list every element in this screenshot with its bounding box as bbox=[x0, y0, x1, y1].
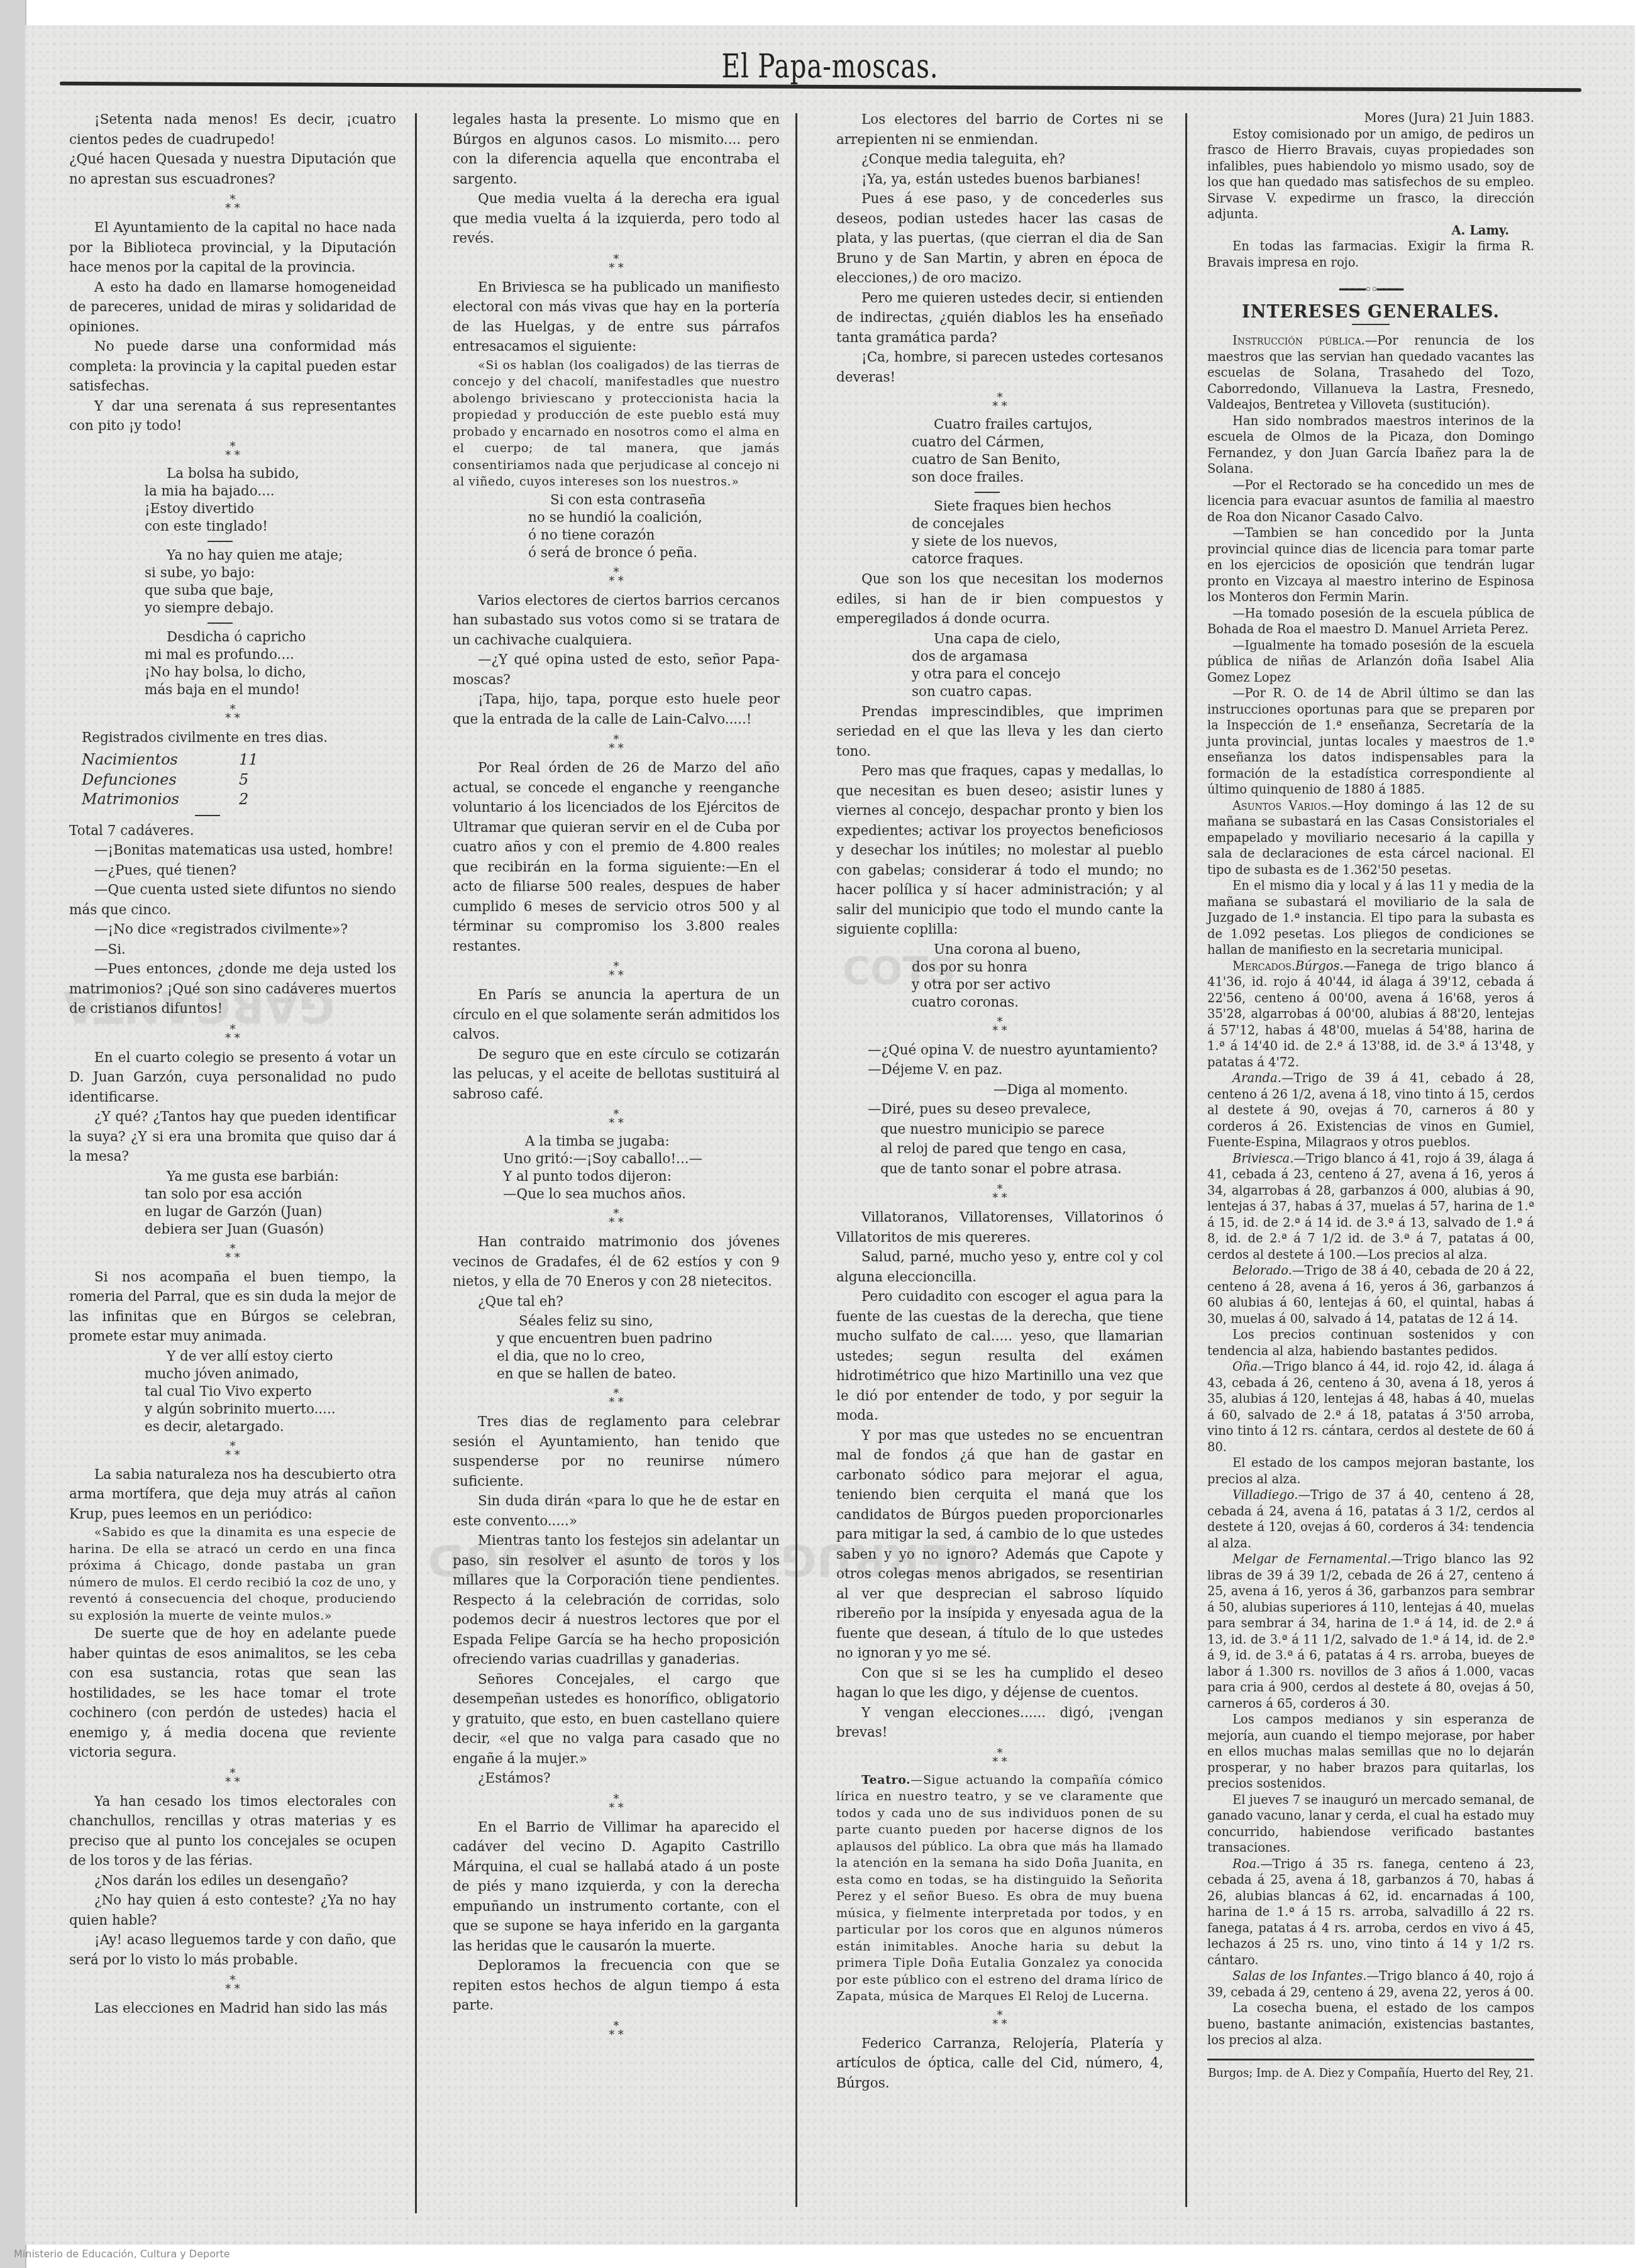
column-2: legales hasta la presente. Lo mismo que … bbox=[453, 110, 780, 2045]
dialog-line: —¡Bonitas matematicas usa usted, hombre! bbox=[69, 841, 396, 861]
asterism-separator: ** * bbox=[453, 1390, 780, 1407]
verse: Y de ver allí estoy ciertomucho jóven an… bbox=[145, 1348, 396, 1436]
paragraph: Ya han cesado los timos electorales con … bbox=[69, 1792, 396, 1871]
verse: Desdicha ó caprichomi mal es profundo...… bbox=[145, 629, 396, 699]
verse: Una capa de cielo,dos de argamasay otra … bbox=[912, 631, 1163, 701]
paragraph: ¡Ya, ya, están ustedes buenos barbianes! bbox=[836, 170, 1163, 190]
advertisement-footer: En todas las farmacias. Exigir la firma … bbox=[1207, 238, 1534, 270]
paragraph: Que media vuelta á la derecha era igual … bbox=[453, 189, 780, 249]
registry-table: Nacimientos11 Defunciones5 Matrimonios2 bbox=[82, 750, 396, 810]
dialog-line: —¡No dice «registrados civilmente»? bbox=[69, 920, 396, 940]
paragraph: ¿Que tal eh? bbox=[453, 1292, 780, 1312]
paragraph: Las elecciones en Madrid han sido las má… bbox=[69, 1999, 396, 2019]
paragraph: ¿Conque media taleguita, eh? bbox=[836, 150, 1163, 170]
archive-watermark: Ministerio de Educación, Cultura y Depor… bbox=[14, 2248, 230, 2260]
paragraph: Tres dias de reglamento para celebrar se… bbox=[453, 1412, 780, 1491]
paragraph: Sin duda dirán «para lo que he de estar … bbox=[453, 1491, 780, 1531]
verse-dash bbox=[975, 492, 1000, 493]
column-1: ¡Setenta nada menos! Es decir, ¡cuatro c… bbox=[69, 110, 396, 2019]
paragraph: Salud, parné, mucho yeso y, entre col y … bbox=[836, 1247, 1163, 1287]
dialog-line: —¿Pues, qué tienen? bbox=[69, 861, 396, 881]
verse: A la timba se jugaba:Uno gritó:—¡Soy cab… bbox=[503, 1133, 780, 1203]
asterism-separator: ** * bbox=[453, 736, 780, 753]
quoted-paragraph: «Sabido es que la dinamita es una especi… bbox=[69, 1524, 396, 1624]
advertisement-body: Estoy comisionado por un amigo, de pedir… bbox=[1207, 126, 1534, 223]
paragraph: En el Barrio de Villimar ha aparecido el… bbox=[453, 1818, 780, 1957]
paragraph: Mientras tanto los festejos sin adelanta… bbox=[453, 1531, 780, 1670]
market-item: Oña.—Trigo blanco á 44, id. rojo 42, id.… bbox=[1207, 1359, 1534, 1455]
paragraph: Pues á ese paso, y de concederles sus de… bbox=[836, 189, 1163, 289]
asterism-separator: ** * bbox=[453, 1210, 780, 1227]
section-heading: INTERESES GENERALES. bbox=[1207, 304, 1534, 321]
market-item: El jueves 7 se inauguró un mercado seman… bbox=[1207, 1792, 1534, 1856]
verse: Siete fraques bien hechosde concejalesy … bbox=[912, 498, 1163, 568]
news-item: —Igualmente ha tomado posesión de la esc… bbox=[1207, 638, 1534, 686]
market-item: Los campos medianos y sin esperanza de m… bbox=[1207, 1712, 1534, 1792]
quoted-paragraph: «Si os hablan (los coaligados) de las ti… bbox=[453, 357, 780, 490]
registry-title: Registrados civilmente en tres dias. bbox=[69, 728, 396, 748]
paragraph: Los electores del barrio de Cortes ni se… bbox=[836, 110, 1163, 150]
ornamental-rule: ━━━━◦◦━━━━ bbox=[1207, 282, 1534, 298]
asterism-separator: ** * bbox=[836, 1018, 1163, 1036]
dateline: Mores (Jura) 21 Juin 1883. bbox=[1207, 110, 1534, 126]
verse: Ya me gusta ese barbián:tan solo por esa… bbox=[145, 1168, 396, 1239]
news-item: Asuntos Varios.—Hoy domingo á las 12 de … bbox=[1207, 798, 1534, 878]
column-divider bbox=[795, 113, 797, 2207]
paragraph: Prendas imprescindibles, que imprimen se… bbox=[836, 702, 1163, 762]
verse: Una corona al bueno,dos por su honray ot… bbox=[912, 941, 1163, 1012]
news-item: En el mismo dia y local y á las 11 y med… bbox=[1207, 878, 1534, 958]
paragraph: Pero mas que fraques, capas y medallas, … bbox=[836, 761, 1163, 940]
paragraph: Han contraido matrimonio dos jóvenes vec… bbox=[453, 1232, 780, 1292]
paragraph: Deploramos la frecuencia con que se repi… bbox=[453, 1956, 780, 2016]
paragraph: ¿Nos darán los ediles un desengaño? bbox=[69, 1871, 396, 1891]
paragraph: ¡Tapa, hijo, tapa, porque esto huele peo… bbox=[453, 690, 780, 729]
asterism-separator: ** * bbox=[69, 1245, 396, 1263]
news-item: —Por R. O. de 14 de Abril último se dan … bbox=[1207, 685, 1534, 798]
news-item: —Tambien se han concedido por la Junta p… bbox=[1207, 525, 1534, 606]
market-item: La cosecha buena, el estado de los campo… bbox=[1207, 2000, 1534, 2049]
asterism-separator: ** * bbox=[453, 568, 780, 586]
paragraph: ¿No hay quien á esto conteste? ¿Ya no ha… bbox=[69, 1891, 396, 1930]
market-item: Villadiego.—Trigo de 37 á 40, centeno á … bbox=[1207, 1487, 1534, 1551]
asterism-separator: ** * bbox=[836, 394, 1163, 411]
paragraph: ¿Estámos? bbox=[453, 1769, 780, 1789]
dialog-line: —Que cuenta usted siete difuntos no sien… bbox=[69, 880, 396, 920]
dialog-verse: —¿Qué opina V. de nuestro ayuntamiento? … bbox=[868, 1041, 1163, 1180]
paragraph: En Briviesca se ha publicado un manifies… bbox=[453, 278, 780, 357]
asterism-separator: ** * bbox=[453, 1795, 780, 1813]
asterism-separator: ** * bbox=[69, 705, 396, 723]
column-3: Los electores del barrio de Cortes ni se… bbox=[836, 110, 1163, 2093]
verse: Séales feliz su sino,y que encuentren bu… bbox=[497, 1313, 780, 1383]
binding-spine bbox=[0, 0, 26, 2268]
newspaper-page: GARGANTA COTS FERRUGINOSO AROUD El Papa-… bbox=[25, 25, 1635, 2245]
verse-dash bbox=[208, 541, 233, 542]
verse: La bolsa ha subido,la mia ha bajado....¡… bbox=[145, 465, 396, 536]
registry-total: Total 7 cadáveres. bbox=[69, 821, 396, 841]
masthead-title: El Papa-moscas. bbox=[202, 48, 1458, 86]
paragraph: Y dar una serenata á sus representantes … bbox=[69, 397, 396, 436]
paragraph: ¡Setenta nada menos! Es decir, ¡cuatro c… bbox=[69, 110, 396, 150]
verse: Si con esta contraseñano se hundió la co… bbox=[528, 492, 780, 562]
asterism-separator: ** * bbox=[453, 2022, 780, 2040]
paragraph: ¿Qué hacen Quesada y nuestra Diputación … bbox=[69, 150, 396, 189]
market-item: Aranda.—Trigo de 39 á 41, cebado á 28, c… bbox=[1207, 1070, 1534, 1151]
market-item: El estado de los campos mejoran bastante… bbox=[1207, 1455, 1534, 1487]
asterism-separator: ** * bbox=[836, 1185, 1163, 1203]
registry-rule bbox=[195, 815, 220, 816]
news-item: Instrucción pública.—Por renuncia de los… bbox=[1207, 333, 1534, 413]
column-4: Mores (Jura) 21 Juin 1883. Estoy comisio… bbox=[1207, 110, 1534, 2081]
paragraph: Si nos acompaña el buen tiempo, la romer… bbox=[69, 1268, 396, 1347]
paragraph: legales hasta la presente. Lo mismo que … bbox=[453, 110, 780, 189]
asterism-separator: ** * bbox=[69, 1026, 396, 1043]
news-item: —Ha tomado posesión de la escuela públic… bbox=[1207, 606, 1534, 638]
heading-rule bbox=[1352, 324, 1390, 325]
asterism-separator: ** * bbox=[69, 196, 396, 213]
asterism-separator: ** * bbox=[836, 2011, 1163, 2029]
paragraph: Y vengan elecciones...... digó, ¡vengan … bbox=[836, 1703, 1163, 1743]
paragraph: ¡Ca, hombre, si parecen ustedes cortesan… bbox=[836, 348, 1163, 387]
news-item: Han sido nombrados maestros interinos de… bbox=[1207, 413, 1534, 477]
asterism-separator: ** * bbox=[453, 255, 780, 273]
paragraph: El Ayuntamiento de la capital no hace na… bbox=[69, 218, 396, 278]
theatre-notice: Teatro.—Sigue actuando la compañía cómic… bbox=[836, 1772, 1163, 2005]
verse-dash bbox=[208, 622, 233, 624]
paragraph: En el cuarto colegio se presento á votar… bbox=[69, 1048, 396, 1108]
paragraph: Por Real órden de 26 de Marzo del año ac… bbox=[453, 758, 780, 956]
paragraph: La sabia naturaleza nos ha descubierto o… bbox=[69, 1465, 396, 1525]
paragraph: —¿Y qué opina usted de esto, señor Papa-… bbox=[453, 650, 780, 690]
asterism-separator: ** * bbox=[69, 1769, 396, 1787]
asterism-separator: ** * bbox=[69, 1976, 396, 1994]
paragraph: A esto ha dado en llamarse homogeneidad … bbox=[69, 278, 396, 338]
market-item: Melgar de Fernamental.—Trigo blanco las … bbox=[1207, 1551, 1534, 1712]
imprint-rule bbox=[1207, 2059, 1534, 2061]
paragraph: ¿Y qué? ¿Tantos hay que pueden identific… bbox=[69, 1107, 396, 1167]
paragraph: Y por mas que ustedes no se encuentran m… bbox=[836, 1426, 1163, 1664]
market-item: Mercados.Búrgos.—Fanega de trigo blanco … bbox=[1207, 958, 1534, 1071]
market-item: Briviesca.—Trigo blanco á 41, rojo á 39,… bbox=[1207, 1151, 1534, 1263]
news-item: —Por el Rectorado se ha concedido un mes… bbox=[1207, 477, 1534, 526]
registry-row: Matrimonios2 bbox=[82, 790, 396, 810]
market-item: Roa.—Trigo á 35 rs. fanega, centeno á 23… bbox=[1207, 1856, 1534, 1969]
verse: Cuatro frailes cartujos,cuatro del Cárme… bbox=[912, 416, 1163, 487]
market-item: Los precios continuan sostenidos y con t… bbox=[1207, 1327, 1534, 1359]
dialog-line: —Pues entonces, ¿donde me deja usted los… bbox=[69, 960, 396, 1019]
asterism-separator: ** * bbox=[836, 1749, 1163, 1767]
paragraph: Que son los que necesitan los modernos e… bbox=[836, 570, 1163, 629]
paragraph: Pero me quieren ustedes decir, si entien… bbox=[836, 289, 1163, 348]
paragraph: No puede darse una conformidad más compl… bbox=[69, 337, 396, 397]
verse: Ya no hay quien me ataje;si sube, yo baj… bbox=[145, 547, 396, 617]
paragraph: Con que si se les ha cumplido el deseo h… bbox=[836, 1664, 1163, 1703]
dialog-line: —Si. bbox=[69, 940, 396, 960]
asterism-separator: ** * bbox=[453, 963, 780, 980]
paragraph: Señores Concejales, el cargo que desempe… bbox=[453, 1670, 780, 1769]
paragraph: Villatoranos, Villatorenses, Villatorino… bbox=[836, 1208, 1163, 1247]
asterism-separator: ** * bbox=[69, 443, 396, 460]
paragraph: Pero cuidadito con escoger el agua para … bbox=[836, 1287, 1163, 1426]
asterism-separator: ** * bbox=[453, 1110, 780, 1128]
advertisement-signature: A. Lamy. bbox=[1207, 223, 1509, 239]
paragraph: En París se anuncia la apertura de un cí… bbox=[453, 985, 780, 1045]
column-divider bbox=[415, 113, 417, 2213]
registry-row: Nacimientos11 bbox=[82, 750, 396, 770]
paragraph: De suerte que de hoy en adelante puede h… bbox=[69, 1624, 396, 1763]
paragraph: Varios electores de ciertos barrios cerc… bbox=[453, 591, 780, 651]
market-item: Salas de los Infantes.—Trigo blanco á 40… bbox=[1207, 1968, 1534, 2000]
asterism-separator: ** * bbox=[69, 1442, 396, 1460]
printer-imprint: Burgos; Imp. de A. Diez y Compañía, Huer… bbox=[1207, 2066, 1534, 2082]
registry-row: Defunciones5 bbox=[82, 770, 396, 790]
column-divider bbox=[1185, 113, 1187, 2207]
paragraph: De seguro que en este círculo se cotizar… bbox=[453, 1045, 780, 1105]
market-item: Belorado.—Trigo de 38 á 40, cebada de 20… bbox=[1207, 1263, 1534, 1327]
advertisement: Federico Carranza, Relojería, Platería y… bbox=[836, 2034, 1163, 2094]
paragraph: ¡Ay! acaso lleguemos tarde y con daño, q… bbox=[69, 1930, 396, 1970]
